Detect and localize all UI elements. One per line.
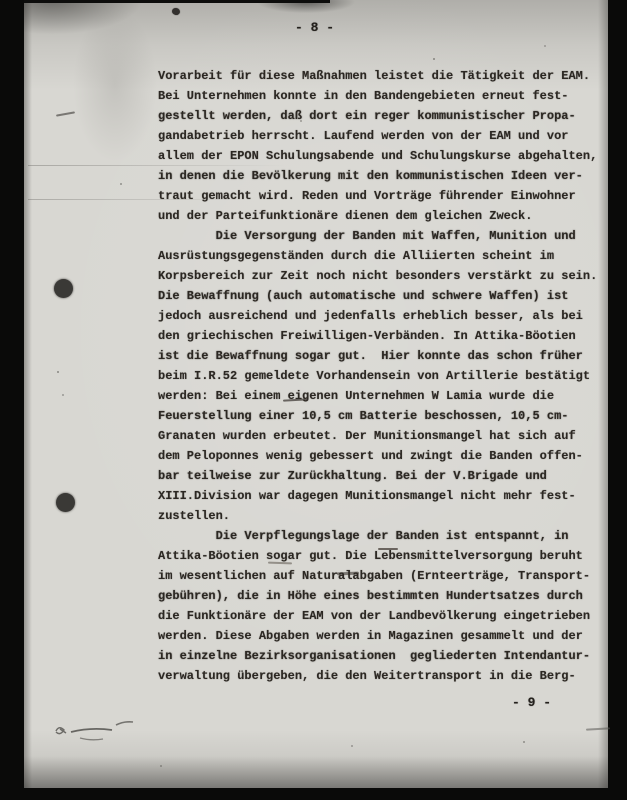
pencil-mark [586,727,610,730]
text-line: Vorarbeit für diese Maßnahmen leistet di… [158,66,597,86]
pencil-mark [56,111,75,116]
text-line: Feuerstellung einer 10,5 cm Batterie bes… [158,406,597,426]
pencil-scribble [50,716,150,746]
scan-edge-artifact [24,0,330,3]
text-line: jedoch ausreichend und jedenfalls erhebl… [158,306,597,326]
page-number-top: - 8 - [295,20,334,35]
scanned-document-page: - 8 - Vorarbeit für diese Maßnahmen leis… [0,0,627,800]
paper-specks [24,0,26,2]
hole-punch-bottom [56,493,75,512]
text-line: werden. Diese Abgaben werden in Magazine… [158,626,597,646]
text-line: im wesentlichen auf Naturalabgaben (Ernt… [158,566,597,586]
ink-smudge [171,7,181,16]
paper-sheet: - 8 - Vorarbeit für diese Maßnahmen leis… [24,0,608,788]
page-number-bottom: - 9 - [512,695,551,710]
text-line: Die Verpflegungslage der Banden ist ents… [158,526,597,546]
text-line: zustellen. [158,506,597,526]
text-line: Bei Unternehmen konnte in den Bandengebi… [158,86,597,106]
text-line: Ausrüstungsgegenständen durch die Alliie… [158,246,597,266]
text-line: Die Versorgung der Banden mit Waffen, Mu… [158,226,597,246]
text-line: dem Peloponnes wenig gebessert und zwing… [158,446,597,466]
text-line: beim I.R.52 gemeldete Vorhandensein von … [158,366,597,386]
document-text: Vorarbeit für diese Maßnahmen leistet di… [158,66,597,686]
text-line: gestellt werden, daß dort ein reger komm… [158,106,597,126]
correction-mark [378,548,398,550]
text-line: verwaltung übergeben, die den Weitertran… [158,666,597,686]
text-line: Korpsbereich zur Zeit noch nicht besonde… [158,266,597,286]
text-line: die Funktionäre der EAM von der Landbevö… [158,606,597,626]
text-line: und der Parteifunktionäre dienen dem gle… [158,206,597,226]
text-line: in einzelne Bezirksorganisationen geglie… [158,646,597,666]
text-line: traut gemacht wird. Reden und Vorträge f… [158,186,597,206]
text-line: bar teilweise zur Zurückhaltung. Bei der… [158,466,597,486]
text-line: Granaten wurden erbeutet. Der Munitionsm… [158,426,597,446]
hole-punch-top [54,279,73,298]
text-line: werden: Bei einem eigenen Unternehmen W … [158,386,597,406]
text-line: Die Bewaffnung (auch automatische und sc… [158,286,597,306]
faint-rule-line [28,199,268,200]
text-line: in denen die Bevölkerung mit den kommuni… [158,166,597,186]
text-line: allem der EPON Schulungsabende und Schul… [158,146,597,166]
text-line: den griechischen Freiwilligen-Verbänden.… [158,326,597,346]
text-line: gandabetrieb herrscht. Laufend werden vo… [158,126,597,146]
text-line: ist die Bewaffnung sogar gut. Hier konnt… [158,346,597,366]
faint-rule-line [28,165,308,166]
text-line: gebühren), die in Höhe eines bestimmten … [158,586,597,606]
text-line: XIII.Division war dagegen Munitionsmange… [158,486,597,506]
